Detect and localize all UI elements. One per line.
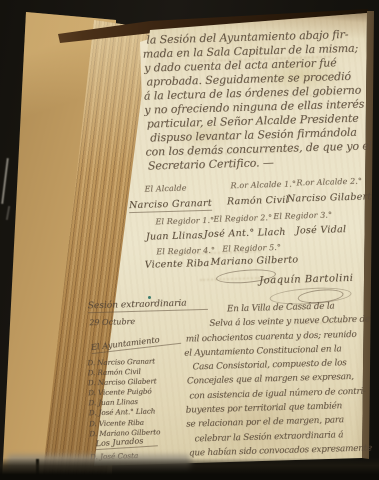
signature-office-label: El Regidor 3.° <box>273 210 332 221</box>
signature-office-label: El Regidor 4.° <box>156 246 215 257</box>
signature-office-label: El Alcalde <box>144 183 186 193</box>
signature-office-label: El Regidor 2.° <box>213 213 272 224</box>
signature-office-label: El Regidor 5.° <box>222 243 281 254</box>
signature-office-label: R.or Alcalde 2.° <box>296 177 362 188</box>
signature-name: Ramón Civil <box>227 195 289 208</box>
margin-session-date: 29 Octubre <box>89 317 135 327</box>
lower-paragraph: En la Villa de Cassá de la Selva á los v… <box>183 298 374 460</box>
margin-council-members: D. Narciso Granart D. Ramón Civil D. Nar… <box>87 356 160 439</box>
margin-council-header: El Ayuntamiento <box>90 332 181 354</box>
signature-name: Juan Llinas <box>146 230 203 243</box>
signature-office-label: R.or Alcalde 1.° <box>230 179 296 190</box>
signature-office-label: El Regidor 1.° <box>155 216 214 227</box>
upper-paragraph: la Sesión del Ayuntamiento abajo fir- ma… <box>142 27 372 173</box>
margin-member: D. José Ant.° Llach <box>89 407 160 419</box>
signature-name: José Ant.° Llach <box>204 227 286 240</box>
manuscript-photo: la Sesión del Ayuntamiento abajo fir- ma… <box>0 0 379 480</box>
signature-name: Vicente Riba <box>145 258 210 271</box>
signature-name: Narciso Gilabert <box>287 191 372 204</box>
signature-name: José Vidal <box>296 224 347 236</box>
photo-bottom-shadow <box>0 458 379 480</box>
handwriting-layer: la Sesión del Ayuntamiento abajo fir- ma… <box>0 0 379 480</box>
signature-name: Mariano Gilberto <box>210 254 298 267</box>
signature-name: Narciso Granart <box>129 198 212 213</box>
